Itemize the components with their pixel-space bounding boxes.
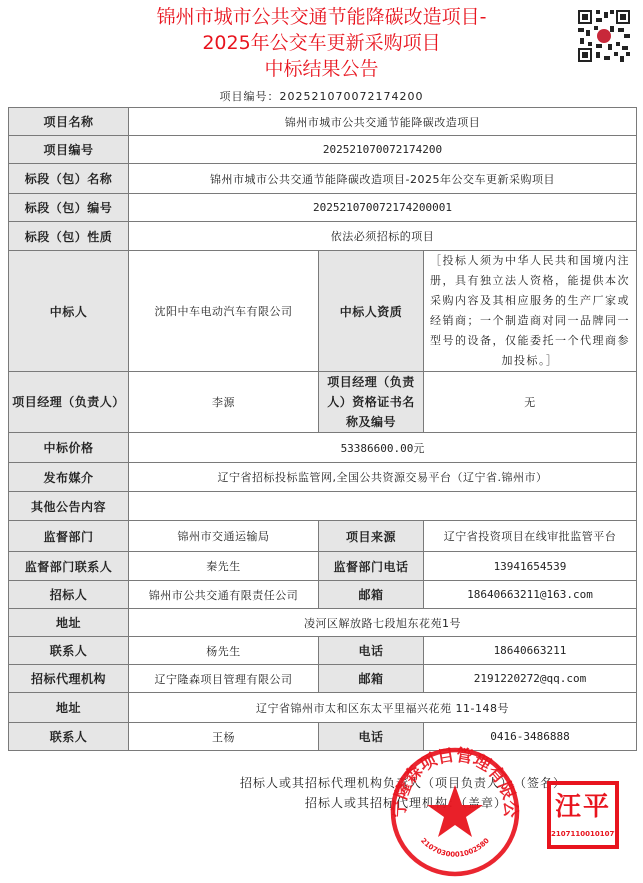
svg-text:2107030001002580: 2107030001002580 — [419, 837, 491, 859]
title-line-2: 2025年公交车更新采购项目 — [0, 30, 643, 56]
winner-label: 中标人 — [9, 251, 129, 372]
table-row: 中标人 沈阳中车电动汽车有限公司 中标人资质 ［投标人须为中华人民共和国境内注册… — [9, 251, 637, 372]
winner-qualification-value: ［投标人须为中华人民共和国境内注册，具有独立法人资格，能提供本次采购内容及其相应… — [424, 251, 637, 372]
project-number-value: 202521070072174200 — [280, 90, 424, 103]
table-row: 招标代理机构 辽宁隆森项目管理有限公司 邮箱 2191220272@qq.com — [9, 665, 637, 693]
tenderer-value: 锦州市公共交通有限责任公司 — [129, 581, 319, 609]
lot-nature-label: 标段（包）性质 — [9, 222, 129, 251]
table-row: 项目名称 锦州市城市公共交通节能降碳改造项目 — [9, 108, 637, 136]
supervisor-phone-value: 13941654539 — [424, 552, 637, 581]
agency-value: 辽宁隆森项目管理有限公司 — [129, 665, 319, 693]
qr-code-icon[interactable] — [576, 8, 632, 64]
agency-email-label: 邮箱 — [319, 665, 424, 693]
winning-price-value: 53386600.00元 — [129, 433, 637, 463]
agency-address-label: 地址 — [9, 693, 129, 723]
winner-value: 沈阳中车电动汽车有限公司 — [129, 251, 319, 372]
table-row: 项目编号 202521070072174200 — [9, 136, 637, 164]
agency-contact-label: 联系人 — [9, 723, 129, 751]
project-no-value: 202521070072174200 — [129, 136, 637, 164]
project-number-label: 项目编号： — [220, 90, 280, 103]
winner-qualification-label: 中标人资质 — [319, 251, 424, 372]
project-name-value: 锦州市城市公共交通节能降碳改造项目 — [129, 108, 637, 136]
table-row: 地址 辽宁省锦州市太和区东太平里福兴花苑 11-148号 — [9, 693, 637, 723]
tenderer-email-value[interactable]: 18640663211@163.com — [424, 581, 637, 609]
supervisor-value: 锦州市交通运输局 — [129, 521, 319, 552]
seal-number: 2107030001002580 — [419, 837, 491, 859]
table-row: 标段（包）名称 锦州市城市公共交通节能降碳改造项目-2025年公交车更新采购项目 — [9, 164, 637, 194]
tenderer-label: 招标人 — [9, 581, 129, 609]
agency-label: 招标代理机构 — [9, 665, 129, 693]
announcement-title: 锦州市城市公共交通节能降碳改造项目- 2025年公交车更新采购项目 中标结果公告 — [0, 4, 643, 82]
supervisor-contact-value: 秦先生 — [129, 552, 319, 581]
title-line-3: 中标结果公告 — [0, 56, 643, 82]
table-row: 监督部门联系人 秦先生 监督部门电话 13941654539 — [9, 552, 637, 581]
signature-name: 汪平 — [551, 785, 615, 829]
table-row: 标段（包）性质 依法必须招标的项目 — [9, 222, 637, 251]
other-content-value — [129, 492, 637, 521]
tenderer-phone-label: 电话 — [319, 637, 424, 665]
project-number-line: 项目编号：202521070072174200 — [0, 88, 643, 104]
table-row: 标段（包）编号 202521070072174200001 — [9, 194, 637, 222]
lot-name-value: 锦州市城市公共交通节能降碳改造项目-2025年公交车更新采购项目 — [129, 164, 637, 194]
supervisor-label: 监督部门 — [9, 521, 129, 552]
lot-no-label: 标段（包）编号 — [9, 194, 129, 222]
table-row: 监督部门 锦州市交通运输局 项目来源 辽宁省投资项目在线审批监管平台 — [9, 521, 637, 552]
winning-price-label: 中标价格 — [9, 433, 129, 463]
signature-number: 21071100101077 — [551, 829, 615, 839]
title-line-1: 锦州市城市公共交通节能降碳改造项目- — [0, 4, 643, 30]
project-source-label: 项目来源 — [319, 521, 424, 552]
table-row: 联系人 王杨 电话 0416-3486888 — [9, 723, 637, 751]
project-no-label: 项目编号 — [9, 136, 129, 164]
tenderer-contact-value: 杨先生 — [129, 637, 319, 665]
other-content-label: 其他公告内容 — [9, 492, 129, 521]
table-row: 招标人 锦州市公共交通有限责任公司 邮箱 18640663211@163.com — [9, 581, 637, 609]
media-value: 辽宁省招标投标监管网,全国公共资源交易平台（辽宁省.锦州市） — [129, 463, 637, 492]
pm-certificate-value: 无 — [424, 372, 637, 433]
lot-nature-value: 依法必须招标的项目 — [129, 222, 637, 251]
tenderer-email-label: 邮箱 — [319, 581, 424, 609]
table-row: 地址 凌河区解放路七段旭东花苑1号 — [9, 609, 637, 637]
table-row: 发布媒介 辽宁省招标投标监管网,全国公共资源交易平台（辽宁省.锦州市） — [9, 463, 637, 492]
tenderer-phone-value: 18640663211 — [424, 637, 637, 665]
company-seal-icon: 辽宁隆森项目管理有限公司 2107030001002580 — [385, 745, 525, 880]
project-manager-value: 李源 — [129, 372, 319, 433]
lot-name-label: 标段（包）名称 — [9, 164, 129, 194]
pm-certificate-label: 项目经理（负责人）资格证书名称及编号 — [319, 372, 424, 433]
tenderer-address-value: 凌河区解放路七段旭东花苑1号 — [129, 609, 637, 637]
tenderer-contact-label: 联系人 — [9, 637, 129, 665]
project-source-value: 辽宁省投资项目在线审批监管平台 — [424, 521, 637, 552]
table-row: 其他公告内容 — [9, 492, 637, 521]
supervisor-contact-label: 监督部门联系人 — [9, 552, 129, 581]
media-label: 发布媒介 — [9, 463, 129, 492]
project-name-label: 项目名称 — [9, 108, 129, 136]
tenderer-address-label: 地址 — [9, 609, 129, 637]
table-row: 中标价格 53386600.00元 — [9, 433, 637, 463]
agency-email-value[interactable]: 2191220272@qq.com — [424, 665, 637, 693]
table-row: 联系人 杨先生 电话 18640663211 — [9, 637, 637, 665]
agency-address-value: 辽宁省锦州市太和区东太平里福兴花苑 11-148号 — [129, 693, 637, 723]
project-manager-label: 项目经理（负责人） — [9, 372, 129, 433]
agency-contact-value: 王杨 — [129, 723, 319, 751]
result-table: 项目名称 锦州市城市公共交通节能降碳改造项目 项目编号 202521070072… — [8, 107, 637, 751]
lot-no-value: 202521070072174200001 — [129, 194, 637, 222]
table-row: 项目经理（负责人） 李源 项目经理（负责人）资格证书名称及编号 无 — [9, 372, 637, 433]
supervisor-phone-label: 监督部门电话 — [319, 552, 424, 581]
personal-signature-stamp: 汪平 21071100101077 — [547, 781, 619, 849]
